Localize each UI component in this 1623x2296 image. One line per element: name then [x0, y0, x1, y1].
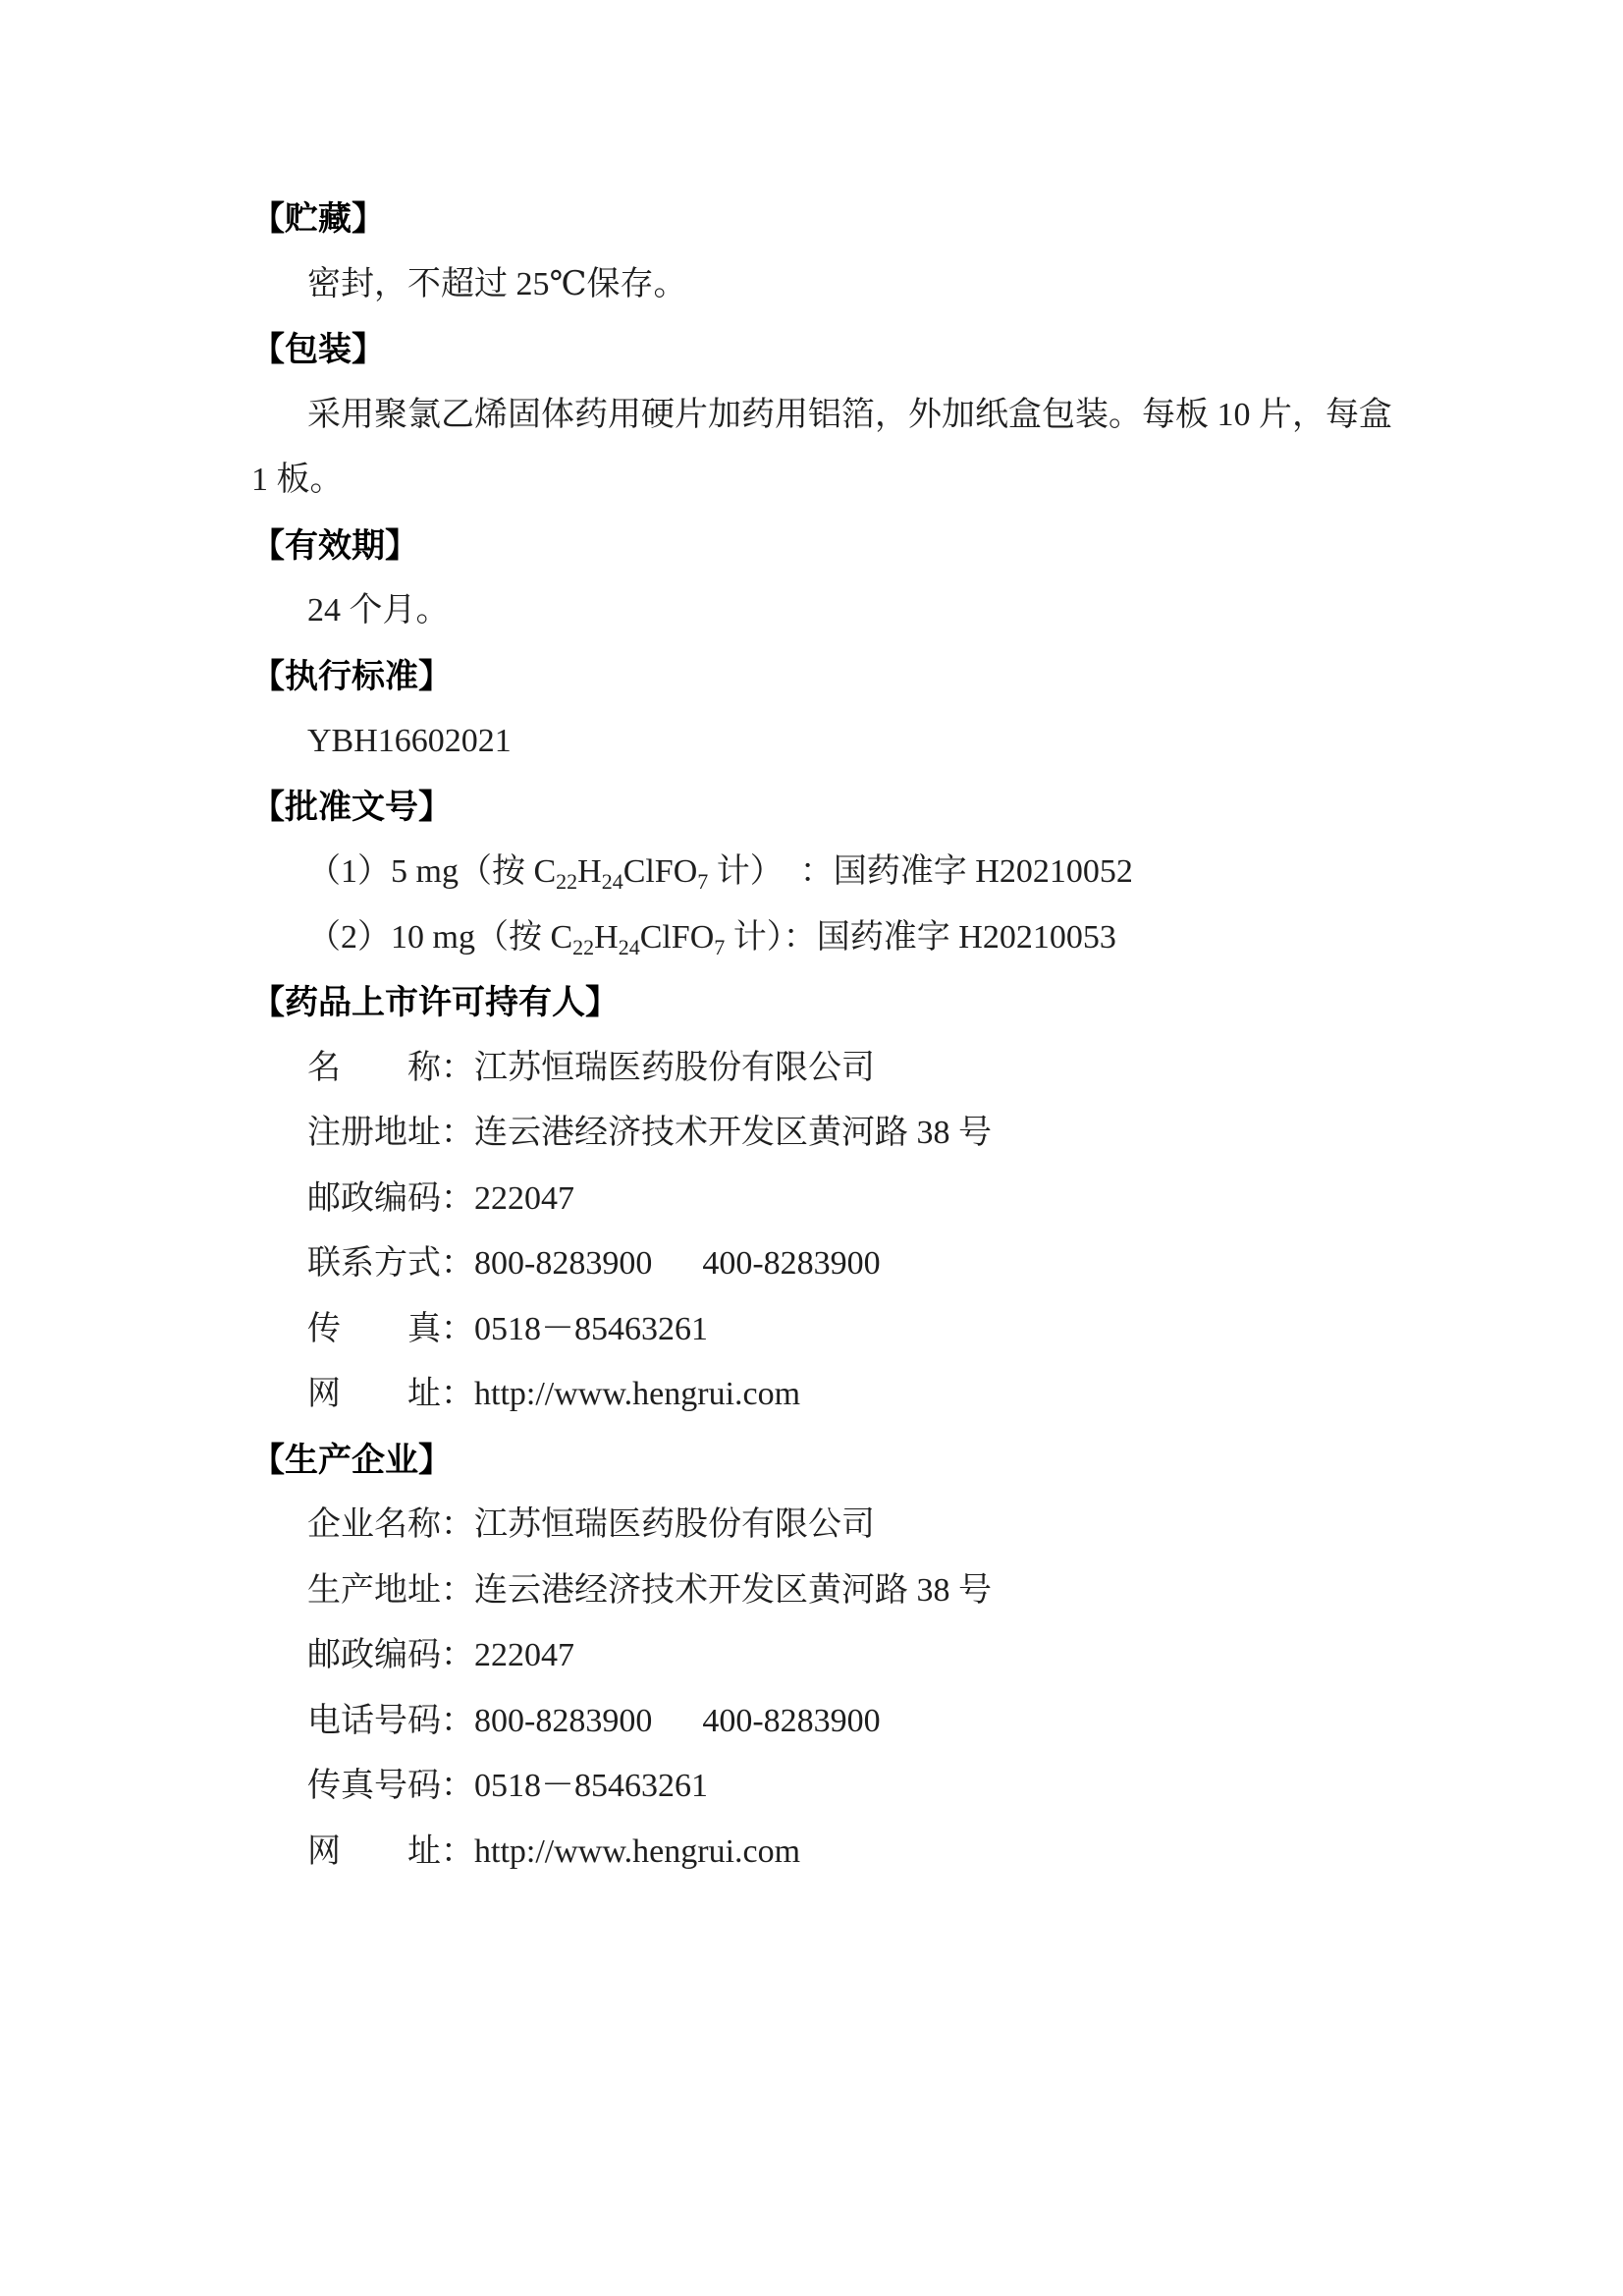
doc-line: 网 址：http://www.hengrui.com: [251, 1362, 1390, 1428]
doc-line: 名 称：江苏恒瑞医药股份有限公司: [251, 1036, 1390, 1102]
document-body: 【贮藏】密封，不超过 25℃保存。【包装】采用聚氯乙烯固体药用硬片加药用铝箔，外…: [251, 187, 1390, 1885]
doc-line: 网 址：http://www.hengrui.com: [251, 1820, 1390, 1886]
section-heading: 【药品上市许可持有人】: [251, 970, 1390, 1036]
doc-line: 企业名称：江苏恒瑞医药股份有限公司: [251, 1493, 1390, 1558]
doc-line: YBH16602021: [251, 709, 1390, 775]
doc-line: 电话号码：800-8283900 400-8283900: [251, 1689, 1390, 1755]
doc-line: 生产地址：连云港经济技术开发区黄河路 38 号: [251, 1558, 1390, 1624]
doc-line: 采用聚氯乙烯固体药用硬片加药用铝箔，外加纸盒包装。每板 10 片，每盒: [251, 383, 1390, 449]
doc-line: 传 真：0518－85463261: [251, 1297, 1390, 1363]
doc-line: 密封，不超过 25℃保存。: [251, 252, 1390, 318]
section-heading: 【包装】: [251, 317, 1390, 383]
doc-line: 注册地址：连云港经济技术开发区黄河路 38 号: [251, 1101, 1390, 1167]
doc-line: 24 个月。: [251, 578, 1390, 644]
doc-line: （2）10 mg（按 C22H24ClFO7 计）：国药准字 H20210053: [251, 905, 1390, 971]
doc-line: 邮政编码：222047: [251, 1167, 1390, 1232]
doc-line: 1 板。: [251, 448, 1390, 514]
doc-line: 联系方式：800-8283900 400-8283900: [251, 1231, 1390, 1297]
section-heading: 【生产企业】: [251, 1428, 1390, 1494]
doc-line: （1）5 mg（按 C22H24ClFO7 计） ：国药准字 H20210052: [251, 840, 1390, 905]
doc-line: 邮政编码：222047: [251, 1623, 1390, 1689]
document-page: 【贮藏】密封，不超过 25℃保存。【包装】采用聚氯乙烯固体药用硬片加药用铝箔，外…: [0, 0, 1623, 2296]
section-heading: 【有效期】: [251, 514, 1390, 579]
section-heading: 【贮藏】: [251, 187, 1390, 252]
doc-line: 传真号码：0518－85463261: [251, 1754, 1390, 1820]
section-heading: 【执行标准】: [251, 644, 1390, 710]
section-heading: 【批准文号】: [251, 775, 1390, 841]
